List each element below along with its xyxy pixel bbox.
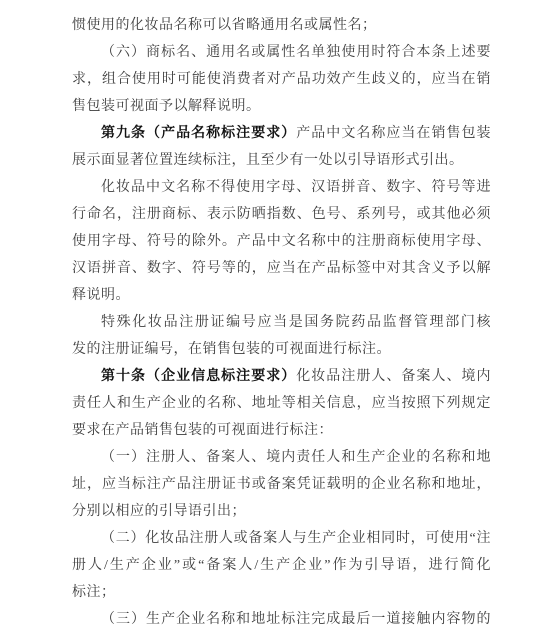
text-line: 第九条（产品名称标注要求）产品中文名称应当在销售包装 bbox=[72, 120, 491, 147]
line-text: 产品中文名称应当在销售包装 bbox=[296, 126, 491, 141]
line-text: 展示面显著位置连续标注，且至少有一处以引导语形式引出。 bbox=[72, 153, 464, 168]
text-line: 发的注册证编号，在销售包装的可视面进行标注。 bbox=[72, 336, 491, 363]
text-line: 分别以相应的引导语引出； bbox=[72, 498, 491, 525]
text-line: 化妆品中文名称不得使用字母、汉语拼音、数字、符号等进 bbox=[72, 174, 491, 201]
line-text: 发的注册证编号，在销售包装的可视面进行标注。 bbox=[72, 342, 391, 357]
line-text: 责任人和生产企业的名称、地址等相关信息，应当按照下列规定 bbox=[72, 396, 491, 411]
document-body: 惯使用的化妆品名称可以省略通用名或属性名；（六）商标名、通用名或属性名单独使用时… bbox=[72, 12, 491, 633]
line-text: 标注； bbox=[72, 585, 116, 600]
text-line: 特殊化妆品注册证编号应当是国务院药品监督管理部门核 bbox=[72, 309, 491, 336]
text-line: 址，应当标注产品注册证书或备案凭证载明的企业名称和地址， bbox=[72, 471, 491, 498]
line-text: 化妆品中文名称不得使用字母、汉语拼音、数字、符号等进 bbox=[101, 180, 491, 195]
line-text: 售包装可视面予以解释说明。 bbox=[72, 99, 261, 114]
line-text: （一）注册人、备案人、境内责任人和生产企业的名称和地 bbox=[101, 450, 491, 465]
line-text: （六）商标名、通用名或属性名单独使用时符合本条上述要 bbox=[101, 45, 491, 60]
line-text: 特殊化妆品注册证编号应当是国务院药品监督管理部门核 bbox=[101, 315, 491, 330]
line-text: 册人/生产企业”或“备案人/生产企业”作为引导语，进行简化 bbox=[72, 558, 491, 573]
line-text: 分别以相应的引导语引出； bbox=[72, 504, 246, 519]
text-line: 释说明。 bbox=[72, 282, 491, 309]
text-line: 行命名，注册商标、表示防晒指数、色号、系列号，或其他必须 bbox=[72, 201, 491, 228]
text-line: 惯使用的化妆品名称可以省略通用名或属性名； bbox=[72, 12, 491, 39]
article-heading: 第九条（产品名称标注要求） bbox=[101, 126, 296, 141]
text-line: （三）生产企业名称和地址标注完成最后一道接触内容物的 bbox=[72, 606, 491, 633]
text-line: 第十条（企业信息标注要求）化妆品注册人、备案人、境内 bbox=[72, 363, 491, 390]
text-line: （六）商标名、通用名或属性名单独使用时符合本条上述要 bbox=[72, 39, 491, 66]
document-page: 惯使用的化妆品名称可以省略通用名或属性名；（六）商标名、通用名或属性名单独使用时… bbox=[0, 0, 558, 635]
line-text: 要求在产品销售包装的可视面进行标注： bbox=[72, 423, 333, 438]
line-text: 使用字母、符号的除外。产品中文名称中的注册商标使用字母、 bbox=[72, 234, 491, 249]
text-line: 售包装可视面予以解释说明。 bbox=[72, 93, 491, 120]
text-line: 汉语拼音、数字、符号等的，应当在产品标签中对其含义予以解 bbox=[72, 255, 491, 282]
text-line: 使用字母、符号的除外。产品中文名称中的注册商标使用字母、 bbox=[72, 228, 491, 255]
article-heading: 第十条（企业信息标注要求） bbox=[101, 369, 296, 384]
text-line: 册人/生产企业”或“备案人/生产企业”作为引导语，进行简化 bbox=[72, 552, 491, 579]
text-line: 标注； bbox=[72, 579, 491, 606]
text-line: （二）化妆品注册人或备案人与生产企业相同时，可使用“注 bbox=[72, 525, 491, 552]
line-text: 求，组合使用时可能使消费者对产品功效产生歧义的，应当在销 bbox=[72, 72, 491, 87]
text-line: 展示面显著位置连续标注，且至少有一处以引导语形式引出。 bbox=[72, 147, 491, 174]
line-text: 惯使用的化妆品名称可以省略通用名或属性名； bbox=[72, 18, 377, 33]
text-line: （一）注册人、备案人、境内责任人和生产企业的名称和地 bbox=[72, 444, 491, 471]
text-line: 求，组合使用时可能使消费者对产品功效产生歧义的，应当在销 bbox=[72, 66, 491, 93]
line-text: （二）化妆品注册人或备案人与生产企业相同时，可使用“注 bbox=[101, 531, 491, 546]
line-text: 释说明。 bbox=[72, 288, 130, 303]
line-text: 行命名，注册商标、表示防晒指数、色号、系列号，或其他必须 bbox=[72, 207, 491, 222]
text-line: 要求在产品销售包装的可视面进行标注： bbox=[72, 417, 491, 444]
text-line: 责任人和生产企业的名称、地址等相关信息，应当按照下列规定 bbox=[72, 390, 491, 417]
line-text: 汉语拼音、数字、符号等的，应当在产品标签中对其含义予以解 bbox=[72, 261, 491, 276]
line-text: 化妆品注册人、备案人、境内 bbox=[296, 369, 491, 384]
line-text: 址，应当标注产品注册证书或备案凭证载明的企业名称和地址， bbox=[72, 477, 491, 492]
line-text: （三）生产企业名称和地址标注完成最后一道接触内容物的 bbox=[101, 612, 491, 627]
